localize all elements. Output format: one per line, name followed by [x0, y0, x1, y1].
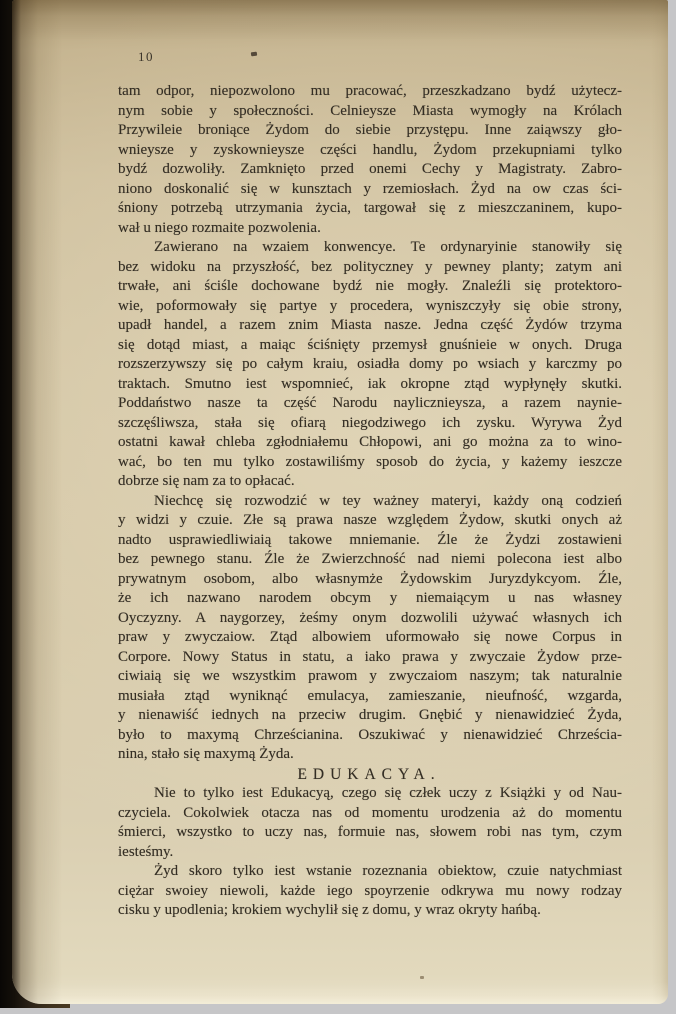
text-line: Corpore. Nowy Status in statu, a iako pr…: [118, 648, 622, 668]
text-line: śniony potrzebą utrzymania życia, targow…: [118, 199, 622, 219]
text-line: ostatni kawał chleba zgłodniałemu Chłopo…: [118, 433, 622, 453]
text-line: traktach. Smutno iest wspomnieć, iak okr…: [118, 375, 622, 395]
text-line: nadto usprawiedliwiaią takowe mniemanie.…: [118, 531, 622, 551]
text-line: Poddaństwo nasze ta część Narodu naylicz…: [118, 394, 622, 414]
book-page: 10 tam odpor, niepozwolono mu pracować, …: [12, 0, 668, 1004]
text-line: wał u niego rozmaite pozwolenia.: [118, 219, 622, 239]
section-heading: EDUKACYA.: [118, 765, 622, 785]
text-line: bydź dozwoliły. Zamknięto przed onemi Ce…: [118, 160, 622, 180]
text-line: ciwiaią się we wszystkim prawom y zwycza…: [118, 667, 622, 687]
paragraph: tam odpor, niepozwolono mu pracować, prz…: [118, 82, 622, 238]
text-block: tam odpor, niepozwolono mu pracować, prz…: [118, 82, 622, 921]
text-line: trwałe, ani ściśle dochowane bydź nie mo…: [118, 277, 622, 297]
text-line: musiała ztąd wyniknąć emulacya, zamiesza…: [118, 687, 622, 707]
text-line: prywatnym osobom, albo własnymże Żydowsk…: [118, 570, 622, 590]
paragraph: Żyd skoro tylko iest wstanie rozeznania …: [118, 862, 622, 921]
text-line: się dotąd miast, a maiąc ściśnięty przem…: [118, 336, 622, 356]
paragraph: Zawierano na wzaiem konwencye. Te ordyna…: [118, 238, 622, 492]
text-line: Żyd skoro tylko iest wstanie rozeznania …: [118, 862, 622, 882]
text-line: Zawierano na wzaiem konwencye. Te ordyna…: [118, 238, 622, 258]
text-line: rozszerzywszy się po całym kraiu, osiadł…: [118, 355, 622, 375]
text-line: wać, bo ten mu tylko zostawiliśmy sposob…: [118, 453, 622, 473]
text-line: ciężar swoiey niewoli, każde iego spoyrz…: [118, 882, 622, 902]
text-line: było to maxymą Chrześcianina. Oszukiwać …: [118, 726, 622, 746]
text-line: praw y zwyczaiow. Ztąd albowiem uformowa…: [118, 628, 622, 648]
text-line: wnieysze y zyskownieysze części handlu, …: [118, 141, 622, 161]
text-line: iesteśmy.: [118, 843, 622, 863]
text-line: nina, stało się maxymą Żyda.: [118, 745, 622, 765]
text-line: tam odpor, niepozwolono mu pracować, prz…: [118, 82, 622, 102]
text-line: czyciela. Cokolwiek otacza nas od moment…: [118, 804, 622, 824]
text-line: bez widoku na przyszłość, bez polityczne…: [118, 258, 622, 278]
page-number: 10: [138, 49, 154, 65]
text-line: y widzi y czuie. Złe są prawa nasze wzgl…: [118, 511, 622, 531]
scanned-page: 10 tam odpor, niepozwolono mu pracować, …: [0, 0, 676, 1014]
text-line: y nienawiść iednych na przeciw drugim. G…: [118, 706, 622, 726]
text-line: nym sobie y społeczności. Celnieysze Mia…: [118, 102, 622, 122]
text-line: szczęśliwsza, stała się ofiarą niegodziw…: [118, 414, 622, 434]
ink-speck: [251, 52, 257, 57]
text-line: wie, poformowały się partye y procedera,…: [118, 297, 622, 317]
text-line: niono doskonalić się w kunsztach y rzemi…: [118, 180, 622, 200]
ink-speck: [420, 976, 424, 979]
text-line: dobrze się nam za to opłacać.: [118, 472, 622, 492]
text-line: śmierci, wszystko to uczy nas, formuie n…: [118, 823, 622, 843]
text-line: że ich nazwano narodem obcym y niemaiący…: [118, 589, 622, 609]
paragraph: Nie to tylko iest Edukacyą, czego się cz…: [118, 784, 622, 862]
text-line: Nie to tylko iest Edukacyą, czego się cz…: [118, 784, 622, 804]
text-line: Oyczyzny. A naygorzey, żeśmy onym dozwol…: [118, 609, 622, 629]
text-line: Niechcę się rozwodzić w tey ważney mater…: [118, 492, 622, 512]
text-line: upadł handel, a razem znim Miasta nasze.…: [118, 316, 622, 336]
text-line: bez pewnego stanu. Źle że Zwierzchność n…: [118, 550, 622, 570]
paragraph: Niechcę się rozwodzić w tey ważney mater…: [118, 492, 622, 765]
text-line: cisku y upodlenia; krokiem wychylił się …: [118, 901, 622, 921]
text-line: Przywileie broniące Żydom do siebie przy…: [118, 121, 622, 141]
